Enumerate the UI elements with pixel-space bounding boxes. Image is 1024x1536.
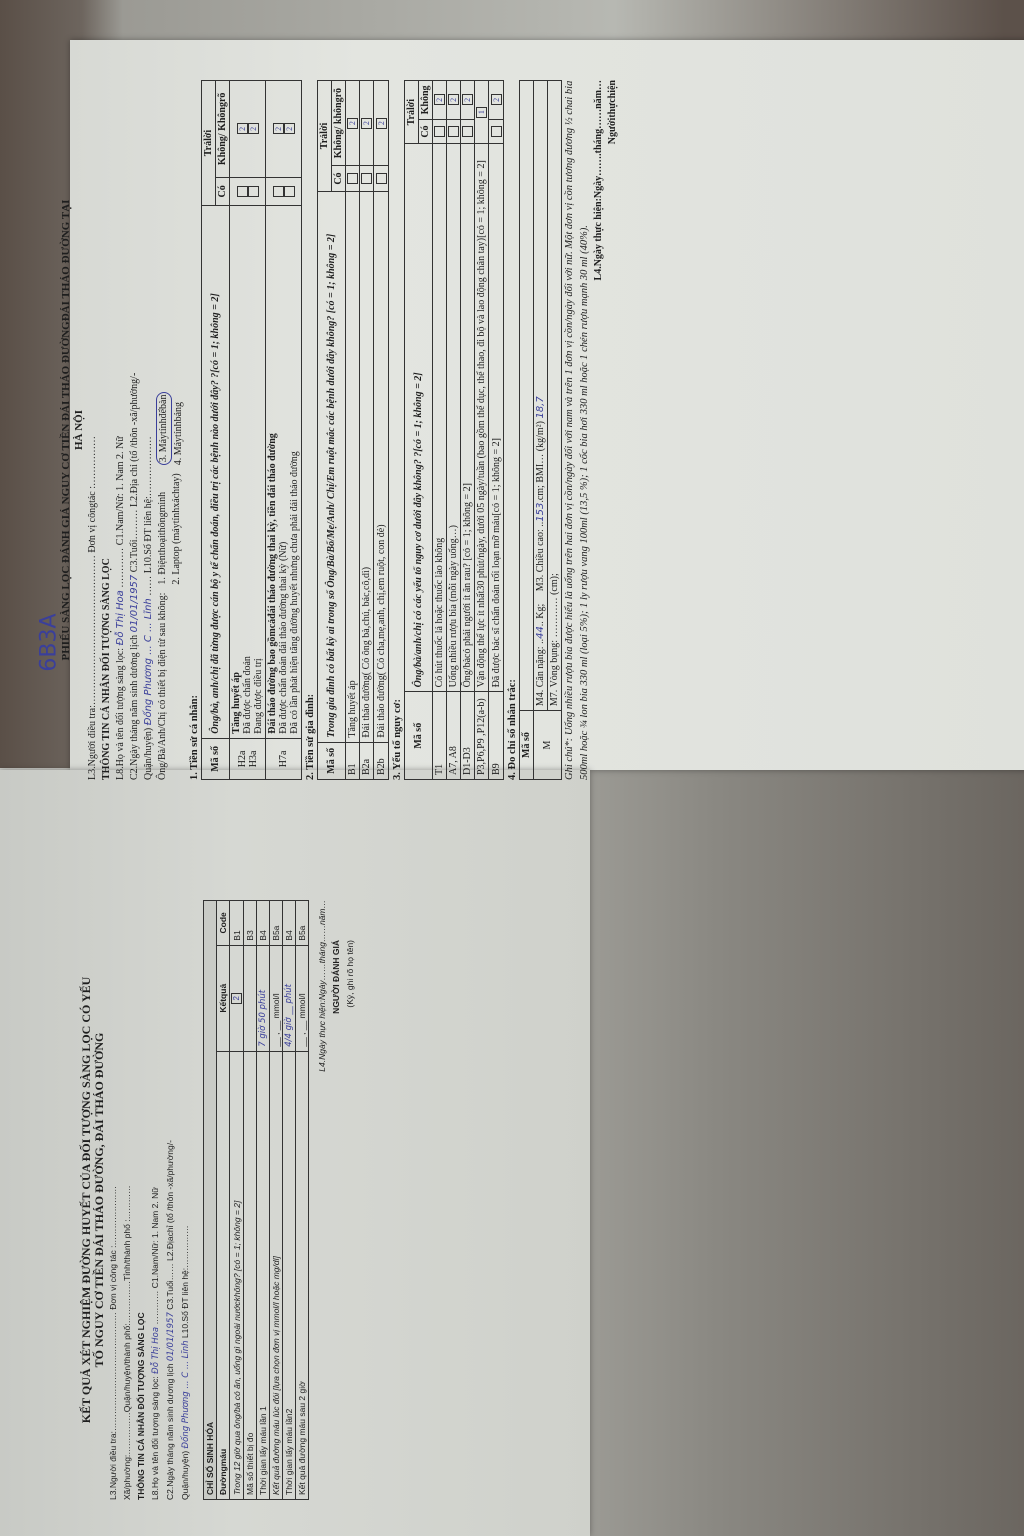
table-row: H2aH3a Tăng huyết ápĐã được chẩn đoánĐan… [230,81,266,780]
yes-checkbox[interactable] [347,173,358,184]
row-label: Có hút thuốc lá hoặc thuốc lào không [432,144,446,692]
row-code: H2a [237,751,248,768]
yes-checkbox[interactable] [273,186,284,197]
table-row: P3,P6,P9 ,P12(a-b)Vận động thể lực ít nh… [475,81,489,780]
ward-label: Xã/phường: [122,1455,132,1500]
col-answer: Trảlời [202,81,216,206]
table-row: Kết quả đường máu lúc đói [lựa chọn đơn … [270,901,283,1500]
weight-label: M4. Cân nặng: [535,646,546,706]
table-row: B1Tăng huyết áp2 [346,81,360,780]
col-code: Mã số [318,742,346,779]
table-row: B2bĐái tháo đường( Có cha,mẹ,anh, chị,em… [374,81,388,780]
height-label: M3. Chiều cao: [535,529,546,591]
no-checkbox[interactable]: 2 [284,123,295,134]
result-field[interactable]: 2 [231,993,242,1004]
col-code: Mã số [404,692,432,780]
row-label: Uống nhiều rượu bia (mỗi ngày uống…) [446,144,460,692]
table-title: CHỈ SỐ SINH HÓA [204,901,217,1500]
yes-checkbox[interactable] [361,173,372,184]
age-label: C3.Tuổi [165,1280,175,1309]
row-label: Đã có lần phát hiện tăng đường huyết như… [289,451,300,733]
screening-form: PHIẾU SÀNG LỌC ĐÁNH GIÁ NGUY CƠ TIỀN ĐÁI… [60,80,600,780]
family-history-question: Trong gia đình có bất kỳ ai trong số Ông… [318,191,346,742]
workplace-label: Đơn vị công tác : [108,1246,118,1310]
yes-checkbox[interactable] [284,186,295,197]
district-field[interactable]: Đống Phương ... C ... Lĩnh [181,1340,191,1448]
age-label: C3.Tuổi [129,540,140,573]
alcohol-note: Ghi chú*: Uống nhiều rượu bia được hiểu … [562,80,592,780]
anthropometry-table: Mã số M M4. Cân nặng: ..44.. Kg; M3. Chi… [519,80,562,780]
no-checkbox[interactable]: 2 [237,123,248,134]
row-label: Mã số thiết bị đo [244,1051,257,1499]
yes-checkbox[interactable] [434,126,445,137]
no-checkbox[interactable]: 2 [248,123,259,134]
date-performed: L4.Ngày thực hiện:Ngày…….tháng……năm… [592,80,606,780]
yes-checkbox[interactable] [376,173,387,184]
yes-checkbox[interactable] [248,186,259,197]
section-anthropometry-title: 4. Đo chỉ số nhân trắc: [507,80,518,780]
table-row: Trong 12 giờ qua ông/bà có ăn, uống gì n… [230,901,244,1500]
evaluator-label: NGƯỜI ĐÁNH GIÁ [329,940,343,1500]
result-field[interactable]: 7 giờ 50 phút [257,945,270,1051]
result-field[interactable]: 4/4 giờ __ phút [283,945,296,1051]
waist-unit: (cm); [549,573,560,595]
row-label: Kết quả đường máu sau 2 giờ [296,1051,309,1499]
district-label: Quận/huyện/thành phố: [122,1323,132,1412]
risk-factors-question: Ông/bà/anh/chị có các yếu tố nguy cơ dướ… [404,144,432,692]
info-header: THÔNG TIN CÁ NHÂN ĐỐI TƯỢNG SÀNG LỌC [134,900,148,1500]
table-row: H7a Đái tháo đường bao gồmcảđái tháo đườ… [266,81,302,780]
address-label: L2.Địachỉ (tổ /thôn -xã/phường/- [165,1140,175,1261]
row-code: B2b [374,742,388,779]
section-risk-factors-title: 3. Yếu tố nguy cơ: [392,80,403,780]
table-row: M7. Vòng bụng: ………… (cm); [547,81,561,780]
personal-history-question: Ông/bà, anh/chị đã từng được cán bộ y tế… [202,206,230,739]
name-field[interactable]: Đỗ Thị Hoa [151,1327,161,1374]
table-row: A7, A8Uống nhiều rượu bia (mỗi ngày uống… [446,81,460,780]
row-code: B1 [230,901,244,946]
table-row: Mã số thiết bị đoB3 [244,901,257,1500]
date-performed: L4.Ngày thực hiện:Ngày……tháng……năm… [315,900,329,1500]
col-item: Đườngmáu [217,1051,230,1499]
row-label: Đã được chẩn đoán đái tháo đường thai kỳ… [278,542,289,734]
table-row: B2aĐái tháo đường( Có ông bà,chú, bác,cô… [360,81,374,780]
col-no: Không [418,81,432,120]
table-row: Thời gian lấy máu lần 17 giờ 50 phútB4 [257,901,270,1500]
name-label: L8.Họ và tên đối tượng sàng lọc: [115,648,126,780]
family-history-table: Mã số Trong gia đình có bất kỳ ai trong … [317,80,389,780]
row-code: B5a [296,901,309,946]
bmi-field[interactable]: 18,7 [535,396,546,418]
row-code: P3,P6,P9 ,P12(a-b) [475,692,489,780]
row-code: B9 [489,692,503,780]
phone-label: L10.Số ĐT liên hệ: [143,496,154,573]
device-option-laptop[interactable]: 2. Laptop (máytínhxáchtay) [170,473,184,584]
weight-unit: Kg; [535,604,546,619]
col-yes: Có [418,119,432,144]
col-answer: Trảlời [318,81,332,192]
table-row: Kết quả đường máu sau 2 giờ__ , __ mmol/… [296,901,309,1500]
row-code: B5a [270,901,283,946]
col-no: Không/ Khôngrõ [216,81,230,178]
row-code: M [533,711,561,780]
yes-checkbox[interactable] [491,126,502,137]
address-label: L2.Địa chỉ (tổ /thôn -xã/phường/- [129,373,140,507]
yes-checkbox[interactable] [237,186,248,197]
col-yes: Có [216,177,230,205]
section-family-history-title: 2. Tiền sử gia đình: [305,80,316,780]
name-label: L8.Họ và tên đối tượng sàng lọc: [150,1376,160,1500]
waist-label: M7. Vòng bụng: ………… [549,597,560,706]
performer-signature: Ngườithựchiện [606,80,620,780]
row-label: Ông/bàcó phải người ít ăn rau? [có = 1; … [461,144,475,692]
result-field[interactable]: __ , __ mmol/l [270,945,283,1051]
table-row: Thời gian lấy máu lần24/4 giờ __ phútB4 [283,901,296,1500]
table-row: B9Đã được bác sĩ chẩn đoán rối loạn mỡ m… [489,81,503,780]
no-checkbox[interactable]: 2 [491,94,502,105]
personal-history-table: Mã số Ông/bà, anh/chị đã từng được cán b… [201,80,302,780]
workplace-label: Đơn vị côngtác : [87,486,98,553]
col-yes: Có [332,166,346,192]
row-label: Đái tháo đường( Có ông bà,chú, bác,cô,dì… [360,191,374,742]
no-checkbox[interactable]: 2 [347,118,358,129]
row-code: H7a [266,738,302,779]
investigator-label: L3.Người điều tra: [87,705,98,780]
row-label: Tăng huyết áp [346,191,360,742]
yes-checkbox[interactable] [448,126,459,137]
dob-field[interactable]: 01/01/1957 [166,1312,176,1361]
row-label: Kết quả đường máu lúc đói [lựa chọn đơn … [270,1051,283,1499]
row-label: Thời gian lấy máu lần 1 [257,1051,270,1499]
yes-checkbox[interactable] [462,126,473,137]
row-code: B4 [283,901,296,946]
no-checkbox[interactable]: 2 [361,118,372,129]
col-answer: Trảlời [404,81,418,144]
phone-label: L10.Số ĐT liên hệ: [180,1268,190,1338]
device-question: Ông/Bà/Anh/Chị có thiết bị điện tử sau k… [156,593,186,780]
name-field[interactable]: Đỗ Thị Hoa [115,590,126,645]
height-field[interactable]: 153 [535,503,546,522]
device-option-tablet[interactable]: 4. Máytínhbảng [172,392,186,466]
col-result: Kếtquả [217,945,230,1051]
gender-label: C1.Nam/Nữ: 1. Nam 2. Nữ [115,436,126,545]
answer-checkbox[interactable]: 1 [476,107,487,118]
no-checkbox[interactable]: 2 [462,94,473,105]
device-option-desktop[interactable]: 3. Máytínhđểbàn [156,392,172,466]
device-option-smartphone[interactable]: 1. Điệnthoạithôngminh [156,473,170,584]
form-a-title: PHIẾU SÀNG LỌC ĐÁNH GIÁ NGUY CƠ TIỀN ĐÁI… [60,80,73,780]
weight-field[interactable]: 44 [535,626,546,639]
district-label: Quận/huyện) [180,1451,190,1500]
no-checkbox[interactable]: 2 [448,94,459,105]
risk-factors-table: Mã số Ông/bà/anh/chị có các yếu tố nguy … [404,80,504,780]
gender-label: C1.Nam/Nữ: 1. Nam 2. Nữ [150,1187,160,1288]
table-row: T1Có hút thuốc lá hoặc thuốc lào không2 [432,81,446,780]
biochemistry-table: CHỈ SỐ SINH HÓA ĐườngmáuKếtquảCode Trong… [203,900,309,1500]
row-label: Thời gian lấy máu lần2 [283,1051,296,1499]
row-label: Trong 12 giờ qua ông/bà có ăn, uống gì n… [230,1051,244,1499]
form-a-title-city: HÀ NỘI [73,80,86,780]
row-label: Đái tháo đường( Có cha,mẹ,anh, chị,em ru… [374,191,388,742]
row-code: B4 [257,901,270,946]
col-code: Code [217,901,230,946]
row-code: A7, A8 [446,692,460,780]
table-row: D1-D3Ông/bàcó phải người ít ăn rau? [có … [461,81,475,780]
row-code: D1-D3 [461,692,475,780]
table-row: M M4. Cân nặng: ..44.. Kg; M3. Chiều cao… [533,81,547,780]
section-personal-history-title: 1. Tiền sử cá nhân: [189,80,200,780]
row-label: Vận động thể lực ít nhất30 phút/ngày, dư… [475,144,489,692]
form-b-subtitle: TỐ NGUY CƠ TIỀN ĐÁI THÁO ĐƯỜNG, ĐÁI THÁO… [93,900,106,1500]
row-code: T1 [432,692,446,780]
height-unit: cm; [535,485,546,500]
row-label: Đã được chẩn đoán [242,656,253,734]
sign-hint: (Ký, ghi rõ họ tên) [343,940,357,1500]
row-code: B2a [360,742,374,779]
row-heading: Tăng huyết áp [231,672,242,734]
row-label: Đang được điều trị [253,658,264,733]
row-heading: Đái tháo đường bao gồmcảđái tháo đường t… [267,433,278,734]
col-code: Mã số [202,738,230,779]
row-code: B1 [346,742,360,779]
dob-label: C2.Ngày tháng năm sinh dương lịch [129,635,140,780]
glucose-result-form: KẾT QUẢ XÉT NGHIỆM ĐƯỜNG HUYẾT CỦA ĐỐI T… [80,900,560,1500]
no-checkbox[interactable]: 2 [376,118,387,129]
investigator-label: L3.Người điều tra: [108,1431,118,1500]
dob-field[interactable]: 01/01/1957 [129,575,140,633]
result-field[interactable]: __ , __ mmol/l [296,945,309,1051]
result-field[interactable] [244,945,257,1051]
dob-label: C2.Ngày tháng năm sinh dương lịch [165,1364,175,1500]
no-checkbox[interactable]: 2 [434,94,445,105]
col-no: Không/ khôngrõ [332,81,346,166]
bmi-label: BMI… (kg/m²) [535,421,546,483]
row-code: B3 [244,901,257,946]
no-checkbox[interactable]: 2 [273,123,284,134]
province-label: Tỉnh/thành phố : [122,1219,132,1280]
district-label: Quận/huyện) [143,728,154,780]
row-code: H3a [248,751,259,768]
row-label: Đã được bác sĩ chẩn đoán rối loạn mỡ máu… [489,144,503,692]
district-field[interactable]: Đống Phương ... C ... Lĩnh [143,598,154,725]
info-header: THÔNG TIN CÁ NHÂN ĐỐI TƯỢNG SÀNG LỌC [100,80,114,780]
col-code: Mã số [519,711,533,780]
